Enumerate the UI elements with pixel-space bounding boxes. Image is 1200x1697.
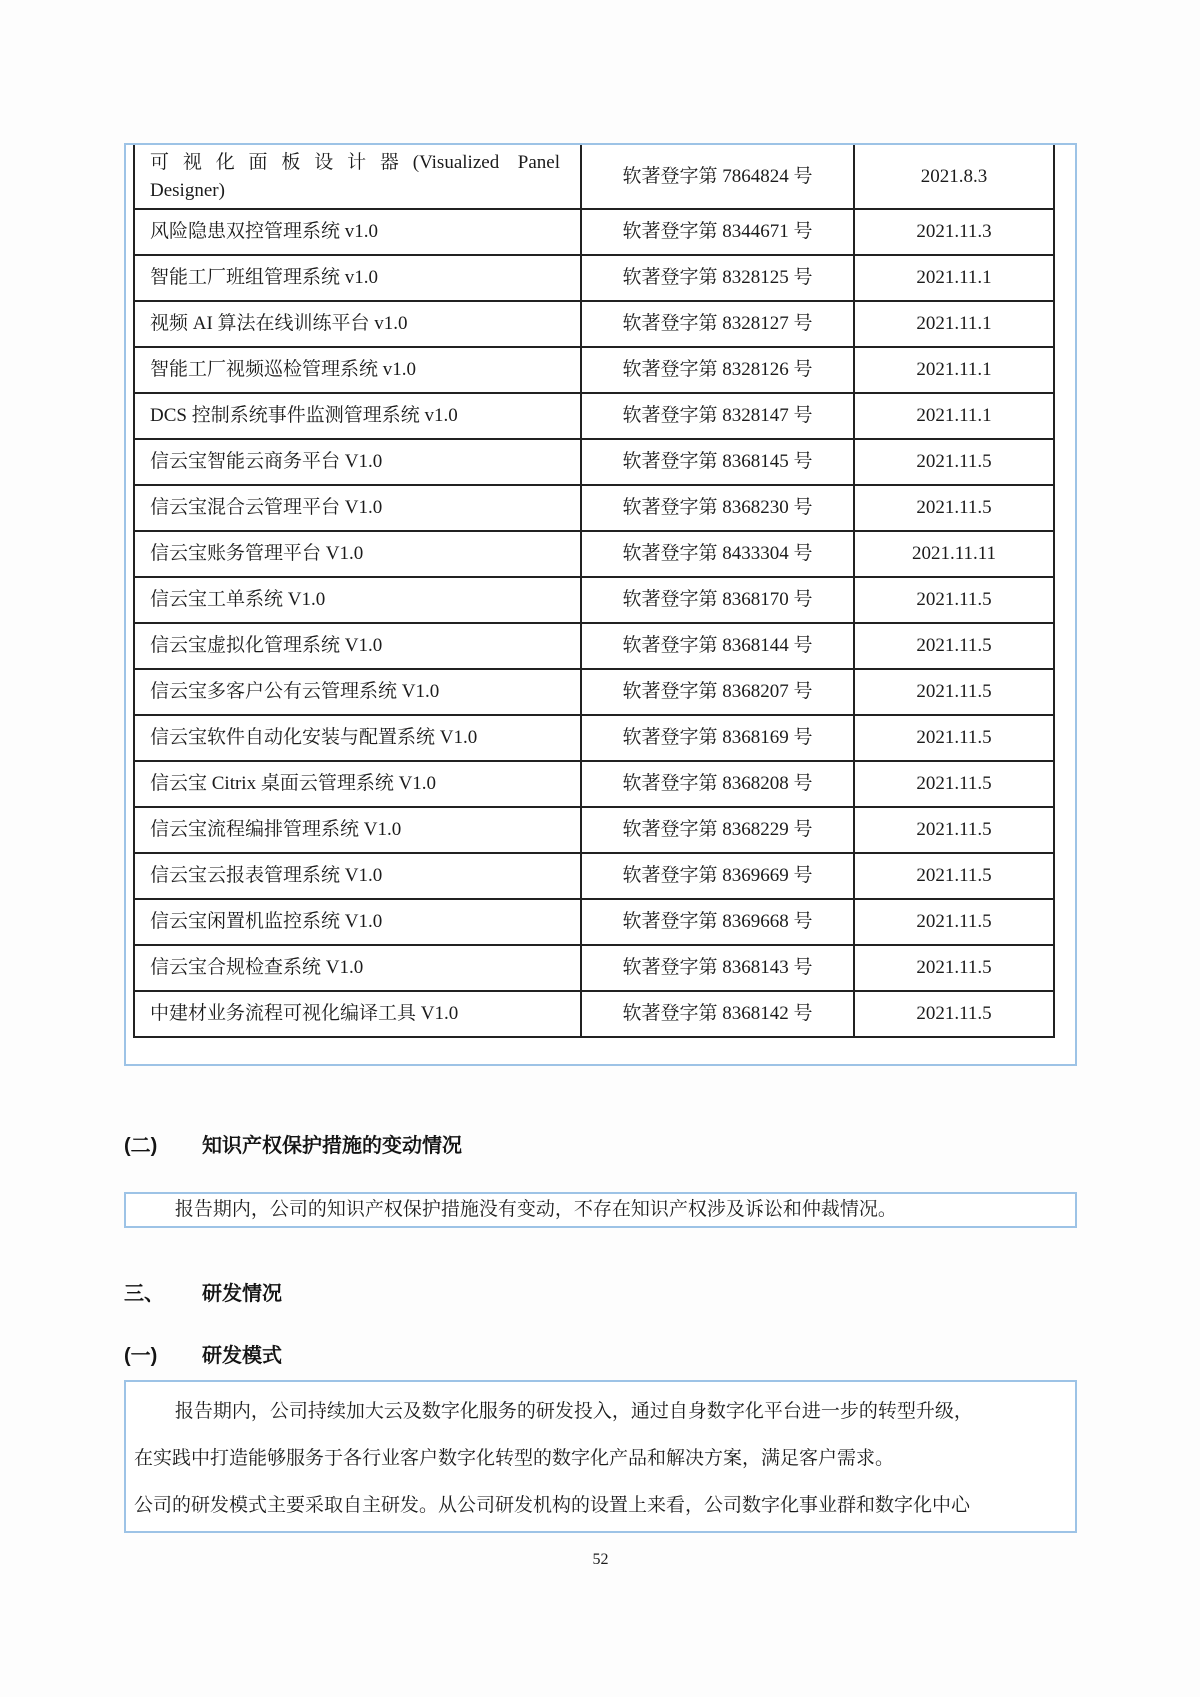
table-row: 信云宝合规检查系统 V1.0 软著登字第 8368143 号 2021.11.5 bbox=[134, 945, 1054, 991]
grant-date-cell: 2021.11.1 bbox=[854, 255, 1054, 301]
table-row: 信云宝流程编排管理系统 V1.0 软著登字第 8368229 号 2021.11… bbox=[134, 807, 1054, 853]
software-name-cell: 信云宝智能云商务平台 V1.0 bbox=[134, 439, 581, 485]
registration-number-cell: 软著登字第 8368230 号 bbox=[581, 485, 854, 531]
software-name-cell: 信云宝流程编排管理系统 V1.0 bbox=[134, 807, 581, 853]
grant-date-cell: 2021.11.3 bbox=[854, 209, 1054, 255]
registration-number-cell: 软著登字第 8368144 号 bbox=[581, 623, 854, 669]
grant-date-cell: 2021.11.5 bbox=[854, 577, 1054, 623]
software-name-cell: 信云宝混合云管理平台 V1.0 bbox=[134, 485, 581, 531]
software-name-cell: 风险隐患双控管理系统 v1.0 bbox=[134, 209, 581, 255]
registration-number-cell: 软著登字第 8368170 号 bbox=[581, 577, 854, 623]
table-row: 视频 AI 算法在线训练平台 v1.0 软著登字第 8328127 号 2021… bbox=[134, 301, 1054, 347]
table-row: 可视化面板设计器(Visualized Panel Designer) 软著登字… bbox=[134, 145, 1054, 209]
grant-date-cell: 2021.11.5 bbox=[854, 623, 1054, 669]
software-name-cell: 信云宝多客户公有云管理系统 V1.0 bbox=[134, 669, 581, 715]
registration-number-cell: 软著登字第 8328147 号 bbox=[581, 393, 854, 439]
section-title: 知识产权保护措施的变动情况 bbox=[202, 1134, 462, 1158]
table-row: 信云宝智能云商务平台 V1.0 软著登字第 8368145 号 2021.11.… bbox=[134, 439, 1054, 485]
grant-date-cell: 2021.8.3 bbox=[854, 145, 1054, 209]
registration-number-cell: 软著登字第 8368145 号 bbox=[581, 439, 854, 485]
rd-mode-line: 报告期内，公司持续加大云及数字化服务的研发投入，通过自身数字化平台进一步的转型升… bbox=[134, 1388, 1047, 1435]
section-title: 研发模式 bbox=[202, 1344, 282, 1368]
software-name-cell: 信云宝合规检查系统 V1.0 bbox=[134, 945, 581, 991]
software-name-cell: 信云宝账务管理平台 V1.0 bbox=[134, 531, 581, 577]
table-row: 信云宝多客户公有云管理系统 V1.0 软著登字第 8368207 号 2021.… bbox=[134, 669, 1054, 715]
registration-number-cell: 软著登字第 8328126 号 bbox=[581, 347, 854, 393]
software-name-cell: 信云宝虚拟化管理系统 V1.0 bbox=[134, 623, 581, 669]
software-name-cell: 信云宝软件自动化安装与配置系统 V1.0 bbox=[134, 715, 581, 761]
software-name-cell: 中建材业务流程可视化编译工具 V1.0 bbox=[134, 991, 581, 1037]
section-label: (二) bbox=[124, 1134, 202, 1158]
registration-number-cell: 软著登字第 8368207 号 bbox=[581, 669, 854, 715]
table-row: 信云宝工单系统 V1.0 软著登字第 8368170 号 2021.11.5 bbox=[134, 577, 1054, 623]
grant-date-cell: 2021.11.5 bbox=[854, 761, 1054, 807]
software-name-cell: 信云宝 Citrix 桌面云管理系统 V1.0 bbox=[134, 761, 581, 807]
registration-number-cell: 软著登字第 8328127 号 bbox=[581, 301, 854, 347]
document-page: 可视化面板设计器(Visualized Panel Designer) 软著登字… bbox=[0, 0, 1200, 1697]
table-row: 信云宝虚拟化管理系统 V1.0 软著登字第 8368144 号 2021.11.… bbox=[134, 623, 1054, 669]
table-row: 信云宝软件自动化安装与配置系统 V1.0 软著登字第 8368169 号 202… bbox=[134, 715, 1054, 761]
registration-number-cell: 软著登字第 7864824 号 bbox=[581, 145, 854, 209]
rd-mode-line: 在实践中打造能够服务于各行业客户数字化转型的数字化产品和解决方案，满足客户需求。 bbox=[134, 1435, 1047, 1482]
registration-number-cell: 软著登字第 8369669 号 bbox=[581, 853, 854, 899]
grant-date-cell: 2021.11.5 bbox=[854, 945, 1054, 991]
section-heading-ip-protection: (二) 知识产权保护措施的变动情况 bbox=[124, 1134, 1077, 1158]
software-name-cell: 智能工厂班组管理系统 v1.0 bbox=[134, 255, 581, 301]
page-content: 可视化面板设计器(Visualized Panel Designer) 软著登字… bbox=[0, 0, 1200, 1569]
grant-date-cell: 2021.11.5 bbox=[854, 485, 1054, 531]
grant-date-cell: 2021.11.11 bbox=[854, 531, 1054, 577]
registration-number-cell: 软著登字第 8368208 号 bbox=[581, 761, 854, 807]
software-name-cell: 可视化面板设计器(Visualized Panel Designer) bbox=[134, 145, 581, 209]
table-row: 信云宝混合云管理平台 V1.0 软著登字第 8368230 号 2021.11.… bbox=[134, 485, 1054, 531]
registration-number-cell: 软著登字第 8368143 号 bbox=[581, 945, 854, 991]
table-row: 信云宝 Citrix 桌面云管理系统 V1.0 软著登字第 8368208 号 … bbox=[134, 761, 1054, 807]
software-name-cell: 视频 AI 算法在线训练平台 v1.0 bbox=[134, 301, 581, 347]
grant-date-cell: 2021.11.5 bbox=[854, 853, 1054, 899]
ip-protection-paragraph: 报告期内，公司的知识产权保护措施没有变动，不存在知识产权涉及诉讼和仲裁情况。 bbox=[134, 1198, 1061, 1222]
table-row: 信云宝闲置机监控系统 V1.0 软著登字第 8369668 号 2021.11.… bbox=[134, 899, 1054, 945]
grant-date-cell: 2021.11.5 bbox=[854, 715, 1054, 761]
software-name-cell: 智能工厂视频巡检管理系统 v1.0 bbox=[134, 347, 581, 393]
section-heading-rd-mode: (一) 研发模式 bbox=[124, 1344, 1077, 1368]
grant-date-cell: 2021.11.1 bbox=[854, 347, 1054, 393]
copyright-table-frame: 可视化面板设计器(Visualized Panel Designer) 软著登字… bbox=[124, 143, 1077, 1066]
registration-number-cell: 软著登字第 8368142 号 bbox=[581, 991, 854, 1037]
grant-date-cell: 2021.11.5 bbox=[854, 899, 1054, 945]
table-body: 可视化面板设计器(Visualized Panel Designer) 软著登字… bbox=[134, 145, 1054, 1037]
section-title: 研发情况 bbox=[202, 1282, 282, 1306]
table-row: 风险隐患双控管理系统 v1.0 软著登字第 8344671 号 2021.11.… bbox=[134, 209, 1054, 255]
section-label: 三、 bbox=[124, 1282, 202, 1306]
software-copyright-table: 可视化面板设计器(Visualized Panel Designer) 软著登字… bbox=[133, 145, 1055, 1038]
software-name-cell: DCS 控制系统事件监测管理系统 v1.0 bbox=[134, 393, 581, 439]
table-row: DCS 控制系统事件监测管理系统 v1.0 软著登字第 8328147 号 20… bbox=[134, 393, 1054, 439]
rd-mode-text-box: 报告期内，公司持续加大云及数字化服务的研发投入，通过自身数字化平台进一步的转型升… bbox=[124, 1380, 1077, 1533]
grant-date-cell: 2021.11.5 bbox=[854, 669, 1054, 715]
table-row: 中建材业务流程可视化编译工具 V1.0 软著登字第 8368142 号 2021… bbox=[134, 991, 1054, 1037]
grant-date-cell: 2021.11.5 bbox=[854, 439, 1054, 485]
table-row: 智能工厂班组管理系统 v1.0 软著登字第 8328125 号 2021.11.… bbox=[134, 255, 1054, 301]
section-label: (一) bbox=[124, 1344, 202, 1368]
registration-number-cell: 软著登字第 8369668 号 bbox=[581, 899, 854, 945]
software-name-cell: 信云宝云报表管理系统 V1.0 bbox=[134, 853, 581, 899]
section-heading-rd: 三、 研发情况 bbox=[124, 1282, 1077, 1306]
grant-date-cell: 2021.11.1 bbox=[854, 301, 1054, 347]
registration-number-cell: 软著登字第 8368229 号 bbox=[581, 807, 854, 853]
grant-date-cell: 2021.11.1 bbox=[854, 393, 1054, 439]
registration-number-cell: 软著登字第 8328125 号 bbox=[581, 255, 854, 301]
software-name-cell: 信云宝闲置机监控系统 V1.0 bbox=[134, 899, 581, 945]
registration-number-cell: 软著登字第 8344671 号 bbox=[581, 209, 854, 255]
ip-protection-text-box: 报告期内，公司的知识产权保护措施没有变动，不存在知识产权涉及诉讼和仲裁情况。 bbox=[124, 1192, 1077, 1228]
registration-number-cell: 软著登字第 8368169 号 bbox=[581, 715, 854, 761]
registration-number-cell: 软著登字第 8433304 号 bbox=[581, 531, 854, 577]
rd-mode-line: 公司的研发模式主要采取自主研发。从公司研发机构的设置上来看，公司数字化事业群和数… bbox=[134, 1482, 1047, 1529]
table-row: 信云宝账务管理平台 V1.0 软著登字第 8433304 号 2021.11.1… bbox=[134, 531, 1054, 577]
page-number: 52 bbox=[124, 1551, 1077, 1569]
grant-date-cell: 2021.11.5 bbox=[854, 991, 1054, 1037]
grant-date-cell: 2021.11.5 bbox=[854, 807, 1054, 853]
table-row: 信云宝云报表管理系统 V1.0 软著登字第 8369669 号 2021.11.… bbox=[134, 853, 1054, 899]
table-row: 智能工厂视频巡检管理系统 v1.0 软著登字第 8328126 号 2021.1… bbox=[134, 347, 1054, 393]
software-name-cell: 信云宝工单系统 V1.0 bbox=[134, 577, 581, 623]
